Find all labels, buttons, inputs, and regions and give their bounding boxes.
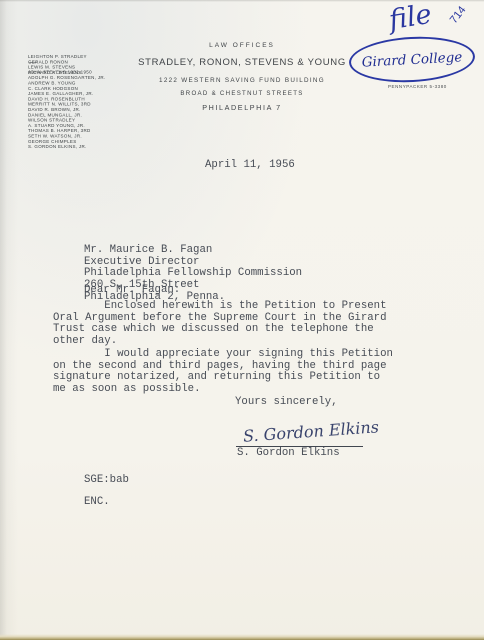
enclosure-note: ENC. <box>84 497 110 509</box>
letterhead-phone: PENNYPACKER 5-3380 <box>388 84 473 89</box>
handwritten-circled-note: Girard College <box>361 49 462 70</box>
handwritten-signature: S. Gordon Elkins <box>243 417 380 445</box>
letter-date: April 11, 1956 <box>205 160 295 172</box>
body-paragraph-2: I would appreciate your signing this Pet… <box>53 349 393 395</box>
letterhead-center: LAW OFFICES STRADLEY, RONON, STEVENS & Y… <box>132 42 352 112</box>
letterhead-city: PHILADELPHIA 7 <box>132 103 352 112</box>
body-paragraph-1: Enclosed herewith is the Petition to Pre… <box>53 301 387 347</box>
letter-scan: LEIGHTON P. STRADLEYGERALD RONONLEWIS M.… <box>0 0 484 640</box>
attorney-name: S. GORDON ELKINS, JR. <box>28 144 168 149</box>
handwritten-corner-number: 714 <box>448 4 469 26</box>
letterhead-address-building: 1222 WESTERN SAVING FUND BUILDING <box>132 77 352 84</box>
salutation: Dear Mr. Fagan: <box>84 285 180 297</box>
handwritten-circle: Girard College <box>348 34 476 86</box>
firm-name: STRADLEY, RONON, STEVENS & YOUNG <box>132 57 352 68</box>
handwritten-file-note: file <box>387 0 434 36</box>
letterhead-address-streets: BROAD & CHESTNUT STREETS <box>132 90 352 97</box>
office-label: LAW OFFICES <box>132 42 352 49</box>
closing: Yours sincerely, <box>235 397 338 409</box>
reference-initials: SGE:bab <box>84 475 129 487</box>
signature-typed-name: S. Gordon Elkins <box>237 448 340 460</box>
